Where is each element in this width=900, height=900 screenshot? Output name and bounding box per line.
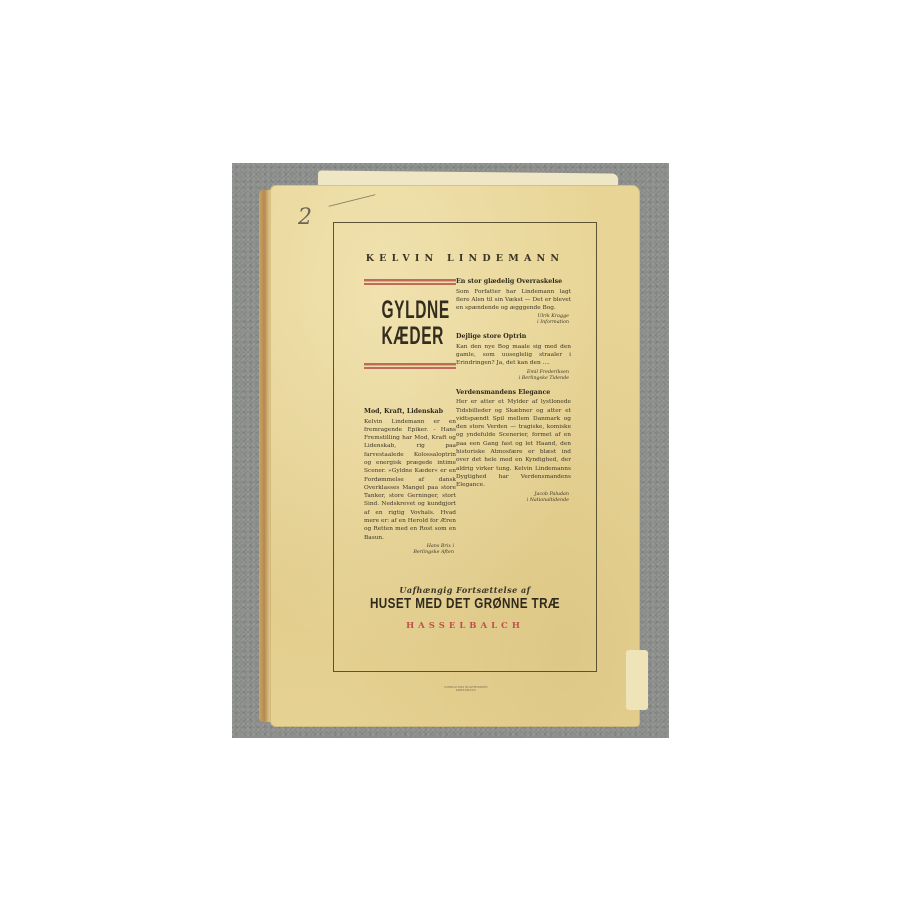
review-attribution: Ulrik Kragge i Information <box>456 314 571 326</box>
sequel-title: HUSET MED DET GRØNNE TRÆ <box>363 595 567 612</box>
review-text: Kelvin Lindemann er en fremragende Epike… <box>364 418 456 542</box>
review-text: Som Forfatter har Lindemann lagt flere A… <box>456 288 571 313</box>
printed-frame: KELVIN LINDEMANN GYLDNE KÆDER Mod, Kraft… <box>333 222 597 672</box>
title-line-1: GYLDNE <box>381 297 438 323</box>
review-attribution: Emil Frederiksen i Berlingske Tidende <box>456 370 571 382</box>
title-line-2: KÆDER <box>381 323 438 349</box>
review-heading: En stor glædelig Overraskelse <box>456 278 571 286</box>
reviews-right: En stor glædelig Overraskelse Som Forfat… <box>456 278 571 511</box>
book-title: GYLDNE KÆDER <box>381 297 438 349</box>
review-attribution: Hans Brix i Berlingske Aften <box>364 544 456 556</box>
review-text: Kan den nye Bog maale sig med den gamle,… <box>456 343 571 368</box>
review-2: Dejlige store Optrin Kan den nye Bog maa… <box>456 333 571 381</box>
review-left: Mod, Kraft, Lidenskab Kelvin Lindemann e… <box>364 408 456 563</box>
review-text: Her er atter et Mylder af lystlonede Tid… <box>456 398 571 489</box>
printer-imprint: NORDLUNDS BOGTRYKKERI KØBENHAVN <box>444 686 488 693</box>
red-double-rule-top <box>364 279 456 285</box>
handwritten-number: 2 <box>298 205 312 230</box>
author-name: KELVIN LINDEMANN <box>334 253 596 264</box>
review-heading: Mod, Kraft, Lidenskab <box>364 408 456 416</box>
red-double-rule-bottom <box>364 363 456 369</box>
continuation-label: Uafhængig Fortsættelse af <box>334 585 596 595</box>
torn-corner <box>626 650 648 710</box>
review-1: En stor glædelig Overraskelse Som Forfat… <box>456 278 571 326</box>
publisher-name: HASSELBALCH <box>334 621 596 631</box>
title-block: GYLDNE KÆDER <box>364 279 456 369</box>
review-heading: Dejlige store Optrin <box>456 333 571 341</box>
review-attribution: Jacob Paludan i Nationaltidende <box>456 492 571 504</box>
review-heading: Verdensmandens Elegance <box>456 389 571 397</box>
review-3: Verdensmandens Elegance Her er atter et … <box>456 389 571 504</box>
